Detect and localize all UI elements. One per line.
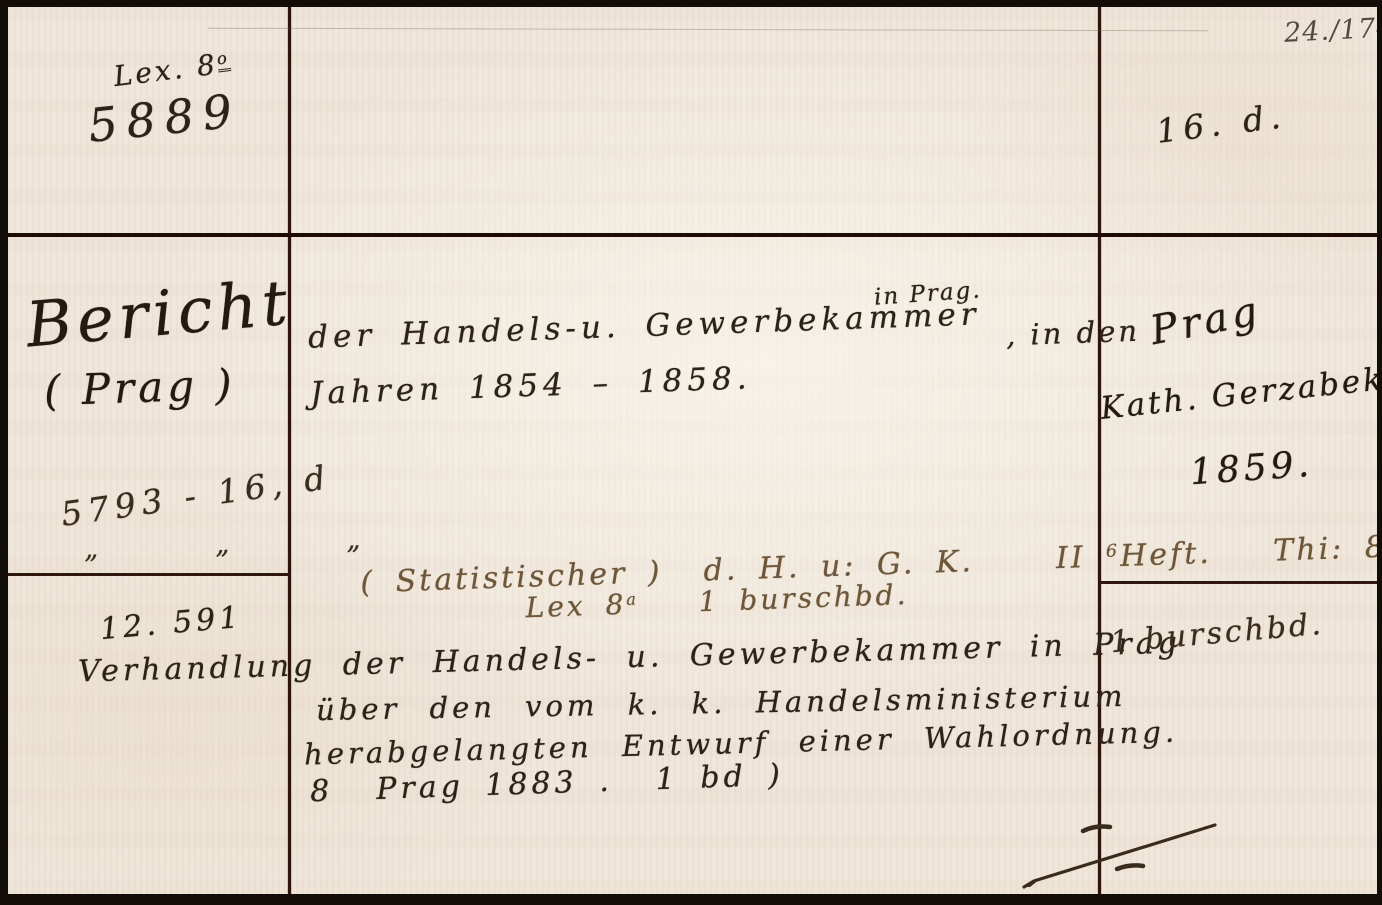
title-line-1-continuation: , in den bbox=[1006, 317, 1141, 351]
imprint-place: Prag bbox=[1147, 291, 1264, 352]
format-superscript: o bbox=[216, 48, 231, 72]
entry-heading: Bericht bbox=[24, 272, 295, 357]
second-accession-number: 12. 591 bbox=[99, 603, 244, 645]
cancellation-mark bbox=[1020, 803, 1230, 905]
left-section-rule bbox=[8, 573, 291, 576]
accession-number: 5889 bbox=[86, 87, 243, 149]
imprint-year: 1859. bbox=[1189, 447, 1314, 491]
column-rule-right bbox=[1098, 7, 1101, 894]
heading-place: ( Prag ) bbox=[43, 364, 236, 413]
holding-note: 1 burschbd. bbox=[1109, 610, 1325, 659]
title-line-2: Jahren 1854 – 1858. bbox=[310, 363, 753, 409]
heft-number-superscript: 6 bbox=[1106, 541, 1121, 561]
catalog-card-scan: Lex. 8o 5889 24./174 16. d. Bericht ( Pr… bbox=[0, 0, 1382, 905]
pencil-foliation: 24./174 bbox=[1283, 14, 1382, 47]
header-rule bbox=[8, 233, 1377, 237]
column-rule-left bbox=[288, 7, 291, 894]
paper-crease bbox=[208, 28, 1208, 32]
imprint-printer: Kath. Gerzabek bbox=[1099, 364, 1382, 425]
collation-superscript: a bbox=[626, 589, 639, 608]
shelfmark: 16. d. bbox=[1154, 99, 1288, 148]
old-shelfmark: 5793 - 16, d bbox=[59, 460, 333, 531]
